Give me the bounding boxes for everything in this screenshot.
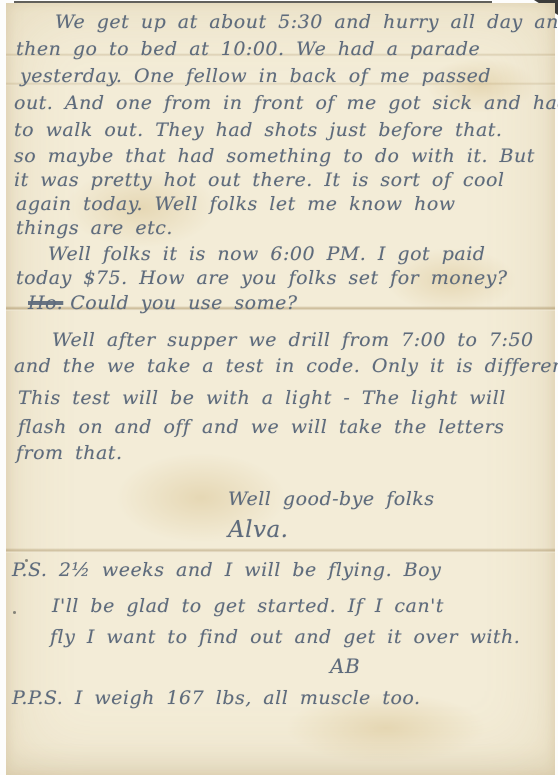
letter-line: today $75. How are you folks set for mon…	[16, 269, 508, 288]
letter-line: and the we take a test in code. Only it …	[14, 357, 558, 376]
letter-line: again today. Well folks let me know how	[16, 195, 456, 214]
postscript-line: fly I want to find out and get it over w…	[50, 628, 520, 647]
ink-speck-2	[13, 611, 16, 614]
letter-line: then go to bed at 10:00. We had a parade	[16, 40, 480, 59]
signature: Alva.	[228, 519, 288, 542]
letter-paper: We get up at about 5:30 and hurry all da…	[6, 3, 555, 775]
scribbled-word: Ho.	[28, 292, 63, 314]
letter-scan: We get up at about 5:30 and hurry all da…	[0, 0, 558, 775]
closing-line: Well good-bye folks	[228, 490, 435, 509]
letter-line: it was pretty hot out there. It is sort …	[14, 171, 505, 190]
fold-crease-4	[6, 548, 555, 553]
letter-line: This test will be with a light - The lig…	[18, 389, 506, 408]
postscript-line: P.S. 2½ weeks and I will be flying. Boy	[12, 561, 441, 580]
letter-line: We get up at about 5:30 and hurry all da…	[55, 13, 558, 32]
letter-line: yesterday. One fellow in back of me pass…	[20, 67, 491, 86]
postscript-line: I'll be glad to get started. If I can't	[52, 597, 444, 616]
letter-line: things are etc.	[16, 219, 173, 238]
pps-line: P.P.S. I weigh 167 lbs, all muscle too.	[12, 689, 421, 708]
letter-line: flash on and off and we will take the le…	[18, 418, 504, 437]
letter-line: Well after supper we drill from 7:00 to …	[52, 331, 534, 350]
letter-line: so maybe that had something to do with i…	[14, 147, 535, 166]
letter-line: out. And one from in front of me got sic…	[14, 94, 558, 113]
letter-line: Ho.Could you use some?	[28, 294, 298, 313]
letter-line: to walk out. They had shots just before …	[14, 121, 502, 140]
letter-line: Well folks it is now 6:00 PM. I got paid	[48, 245, 485, 264]
postscript-initials: AB	[330, 656, 360, 676]
letter-line: from that.	[16, 444, 122, 463]
